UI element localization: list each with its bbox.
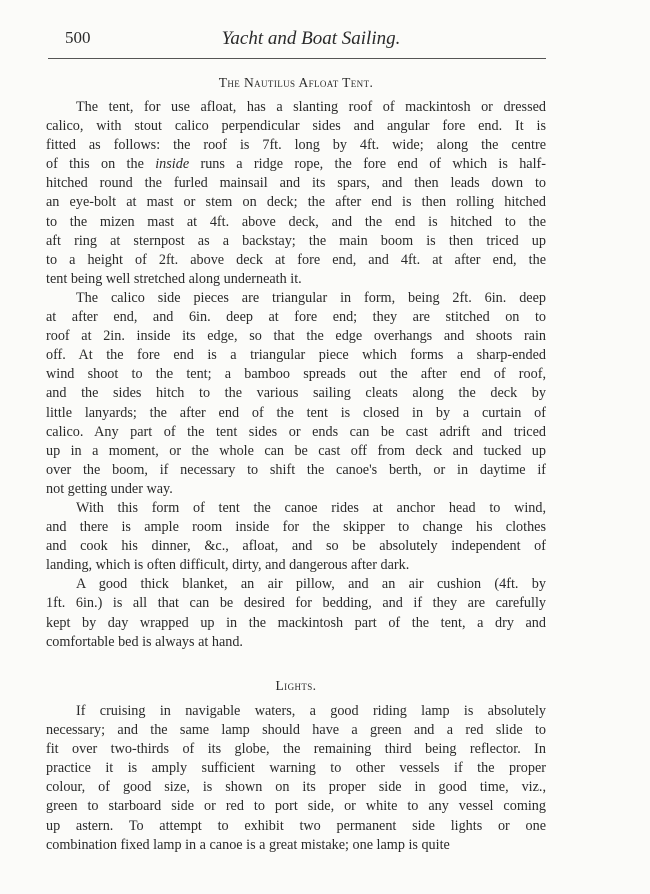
text-line: up astern. To attempt to exhibit two per… — [46, 817, 546, 836]
text-line: calico. Any part of the tent sides or en… — [46, 423, 546, 442]
section-body-lights: If cruising in navigable waters, a good … — [46, 702, 546, 855]
paragraph: A good thick blanket, an air pillow, and… — [46, 575, 546, 651]
text-line: aft ring at sternpost as a backstay; the… — [46, 232, 546, 251]
text-line: fit over two-thirds of its globe, the re… — [46, 740, 546, 759]
text-line: landing, which is often difficult, dirty… — [46, 556, 546, 575]
text-line: colour, of good size, is shown on its pr… — [46, 778, 546, 797]
paragraph: If cruising in navigable waters, a good … — [46, 702, 546, 855]
text-line: 1ft. 6in.) is all that can be desired fo… — [46, 594, 546, 613]
paragraph: The calico side pieces are triangular in… — [46, 289, 546, 499]
text-line: roof at 2in. inside its edge, so that th… — [46, 327, 546, 346]
running-title: Yacht and Boat Sailing. — [46, 28, 546, 50]
text-line: tent being well stretched along undernea… — [46, 270, 546, 289]
section-title-lights: Lights. — [46, 678, 546, 694]
text-line: hitched round the furled mainsail and it… — [46, 174, 546, 193]
text-line: up in a moment, or the whole can be cast… — [46, 442, 546, 461]
text-line: comfortable bed is always at hand. — [46, 633, 546, 652]
text-line: wind shoot to the tent; a bamboo spreads… — [46, 365, 546, 384]
text-line: and the sides hitch to the various saili… — [46, 384, 546, 403]
text-line: of this on the inside runs a ridge rope,… — [46, 155, 546, 174]
section-body-nautilus-tent: The tent, for use afloat, has a slanting… — [46, 98, 546, 652]
text-line: A good thick blanket, an air pillow, and… — [46, 575, 546, 594]
text-line: fitted as follows: the roof is 7ft. long… — [46, 136, 546, 155]
text-line: off. At the fore end is a triangular pie… — [46, 346, 546, 365]
text-line: and cook his dinner, &c., afloat, and so… — [46, 537, 546, 556]
section-title-nautilus-tent: The Nautilus Afloat Tent. — [46, 75, 546, 91]
paragraph: With this form of tent the canoe rides a… — [46, 499, 546, 575]
text-line: at after end, and 6in. deep at fore end;… — [46, 308, 546, 327]
text-line: kept by day wrapped up in the mackintosh… — [46, 614, 546, 633]
running-head: 500 Yacht and Boat Sailing. — [46, 28, 546, 54]
text-line: green to starboard side or red to port s… — [46, 797, 546, 816]
text-line: If cruising in navigable waters, a good … — [46, 702, 546, 721]
emphasis: inside — [155, 156, 189, 172]
paragraph: The tent, for use afloat, has a slanting… — [46, 98, 546, 289]
text-line: calico, with stout calico perpendicular … — [46, 117, 546, 136]
text-line: The calico side pieces are triangular in… — [46, 289, 546, 308]
text-line: With this form of tent the canoe rides a… — [46, 499, 546, 518]
text-line: necessary; and the same lamp should have… — [46, 721, 546, 740]
text-line: practice it is amply sufficient warning … — [46, 759, 546, 778]
header-rule — [48, 58, 546, 59]
text-line: an eye-bolt at mast or stem on deck; the… — [46, 193, 546, 212]
text-line: and there is ample room inside for the s… — [46, 518, 546, 537]
text-line: to a height of 2ft. above deck at fore e… — [46, 251, 546, 270]
text-line: The tent, for use afloat, has a slanting… — [46, 98, 546, 117]
text-line: to the mizen mast at 4ft. above deck, an… — [46, 213, 546, 232]
text-line: little lanyards; the after end of the te… — [46, 404, 546, 423]
text-line: combination fixed lamp in a canoe is a g… — [46, 836, 546, 855]
text-line: not getting under way. — [46, 480, 546, 499]
text-line: over the boom, if necessary to shift the… — [46, 461, 546, 480]
